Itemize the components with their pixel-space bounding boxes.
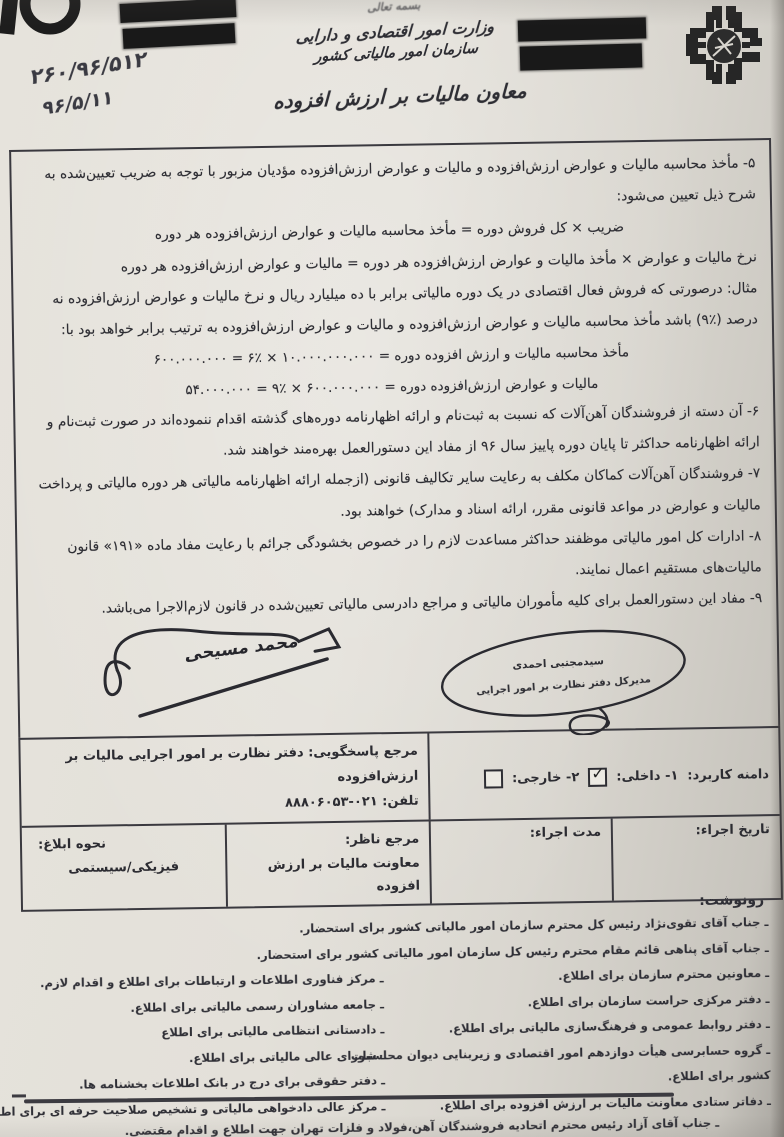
check-mark-icon: ✓ (591, 763, 605, 782)
handwritten-reference-number: ۲۶۰/۹۶/۵۱۲ (30, 47, 148, 90)
phone-label: تلفن: (382, 793, 419, 809)
signature-area: محمد مسیحی سیدمجتبی احمدی مدیرکل دفتر نظ… (29, 614, 765, 738)
clause-7: ۷- فروشندگان آهن‌آلات کماکان مکلف به رعا… (26, 459, 761, 533)
handwritten-date: ۹۶/۵/۱۱ (42, 86, 114, 120)
responder-label: مرجع پاسخگویی: (308, 744, 418, 761)
phone-value: ۰۲۱-۸۸۸۰۶۰۵۳ (285, 794, 378, 810)
notify-cell: نحوه ابلاغ: فیزیکی/سیستمی (22, 825, 228, 910)
form-table: دامنه کاربرد: ۱- داخلی: ✓ ۲- خارجی: مرجع… (18, 726, 783, 912)
clause-5: ۵- مأخذ محاسبه مالیات و عوارض ارزش‌افزود… (21, 148, 756, 222)
document-body: ۵- مأخذ محاسبه مالیات و عوارض ارزش‌افزود… (9, 138, 783, 912)
notify-label: نحوه ابلاغ: (32, 831, 215, 857)
instruction-box: ۵- مأخذ محاسبه مالیات و عوارض ارزش‌افزود… (9, 138, 780, 738)
notify-value: فیزیکی/سیستمی (68, 859, 179, 876)
table-row: دامنه کاربرد: ۱- داخلی: ✓ ۲- خارجی: مرجع… (20, 728, 779, 826)
signature-left-icon (76, 608, 378, 733)
department-title: معاون مالیات بر ارزش افزوده (200, 75, 600, 116)
scope-cell: دامنه کاربرد: ۱- داخلی: ✓ ۲- خارجی: (430, 728, 780, 820)
supervisor-cell: مرجع ناظر: معاونت مالیات بر ارزش افزوده (226, 822, 432, 907)
scanned-document: بسمه تعالی وزارت امور اقتصادی و دارایی س… (0, 0, 784, 1137)
scope-label: دامنه کاربرد: (687, 767, 769, 783)
exec-date-cell: تاریخ اجراء: (613, 816, 781, 901)
tax-organization-emblem-icon (682, 4, 766, 88)
redaction-bar (120, 0, 237, 23)
supervisor-value: معاونت مالیات بر ارزش افزوده (268, 855, 421, 894)
duration-cell: مدت اجراء: (431, 819, 614, 904)
scope-option-internal: ۱- داخلی: (616, 768, 678, 784)
redaction-bar (123, 23, 236, 49)
clause-8: ۸- ادارات کل امور مالیاتی موظفند حداکثر … (27, 521, 762, 595)
signature-left: محمد مسیحی (76, 608, 378, 733)
letterhead: بسمه تعالی وزارت امور اقتصادی و دارایی س… (229, 0, 562, 70)
copies-column-right: ـ جناب آقای تقوی‌نژاد رئیس کل محترم سازم… (383, 910, 771, 1119)
clause-6: ۶- آن دسته از فروشندگان آهن‌آلات که نسبت… (25, 396, 760, 470)
scope-option-external: ۲- خارجی: (512, 770, 580, 786)
tax-administration-corner-logo-icon (0, 0, 94, 52)
example-paragraph: مثال: درصورتی که فروش فعال اقتصادی در یک… (23, 273, 758, 347)
signature-right: سیدمجتبی احمدی مدیرکل دفتر نظارت بر امور… (423, 623, 705, 737)
checkbox-internal-checked: ✓ (588, 767, 607, 786)
checkbox-external-empty (484, 769, 503, 788)
supervisor-label: مرجع ناظر: (345, 832, 419, 848)
responder-cell: مرجع پاسخگویی: دفتر نظارت بر امور اجرایی… (20, 734, 431, 826)
